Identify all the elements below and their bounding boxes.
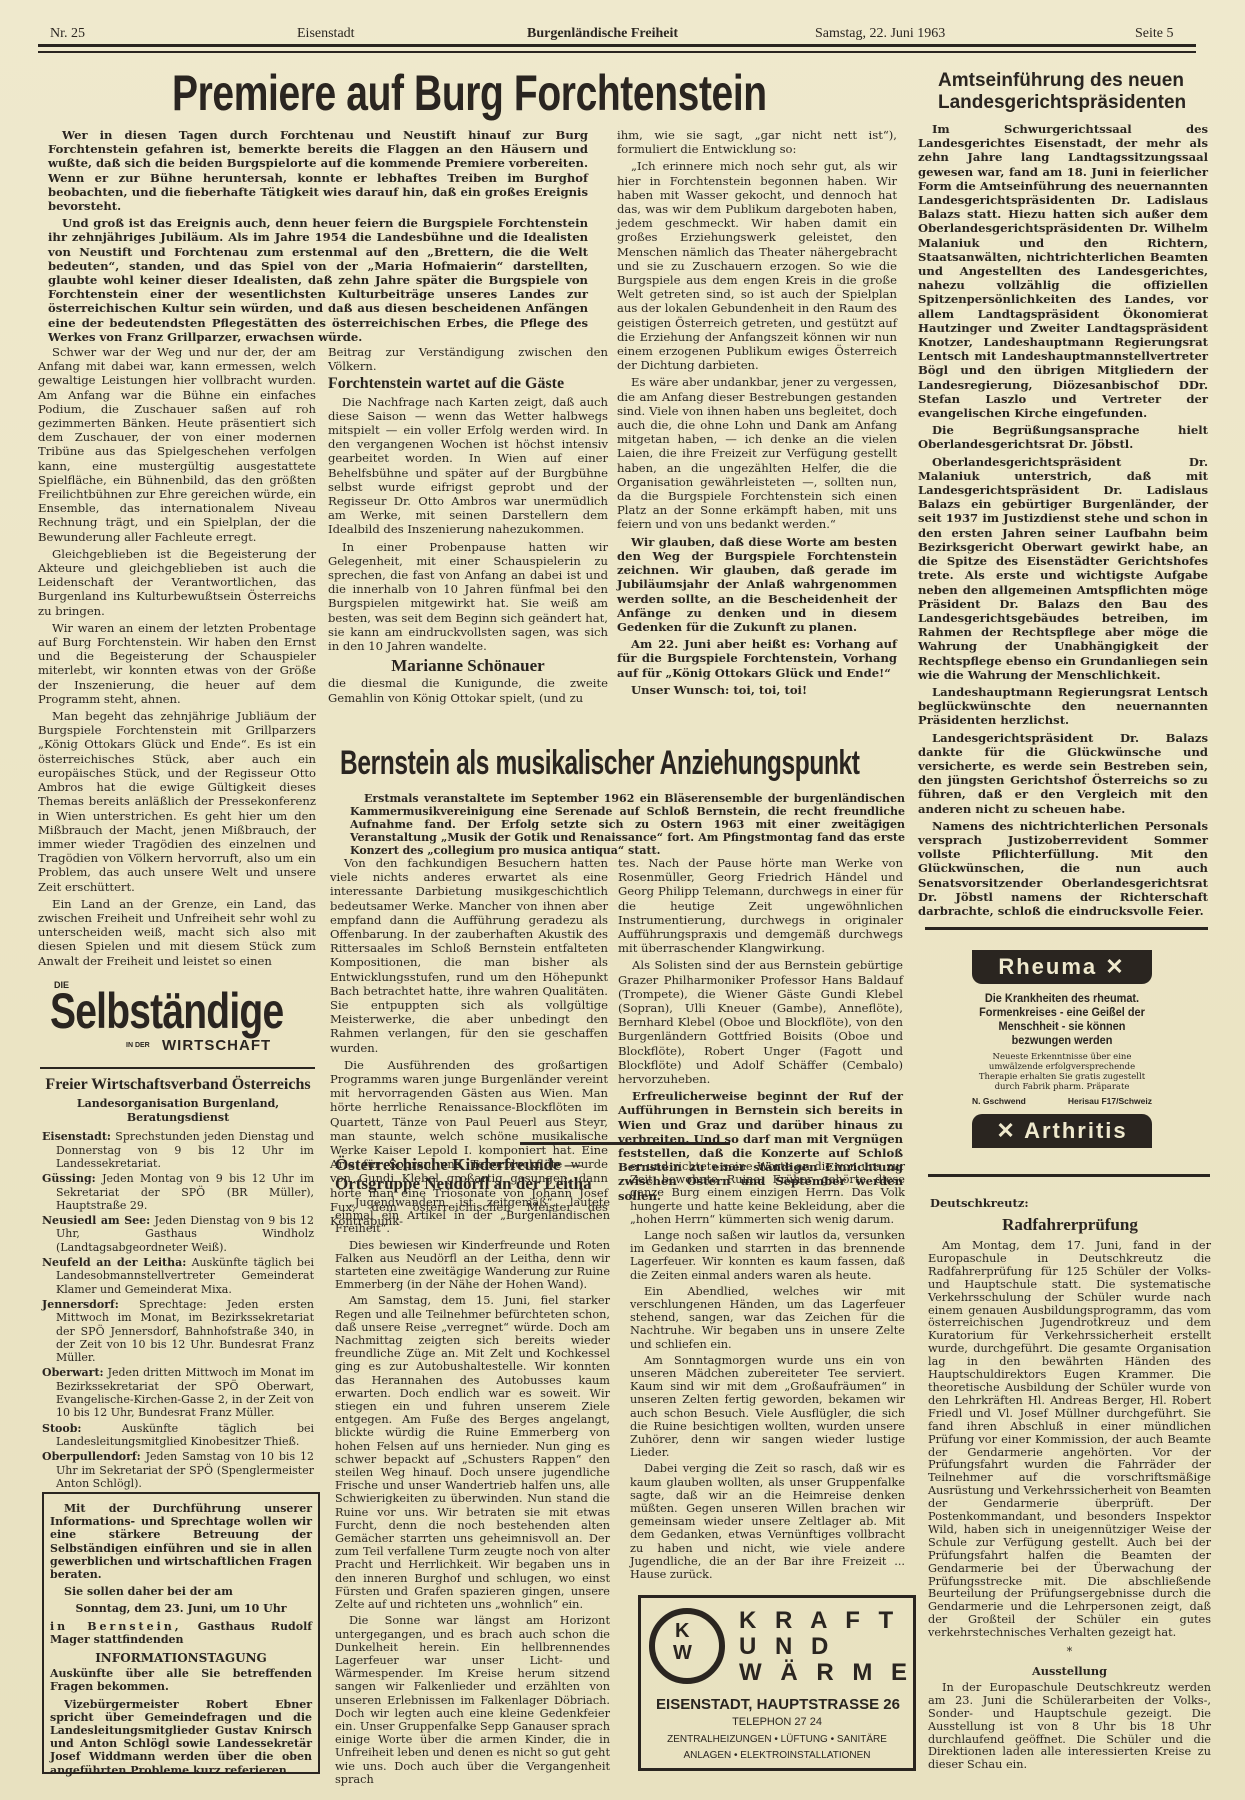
headline-amtseinfuehrung: Amtseinführung des neuen Landesgerichtsp…: [938, 70, 1198, 114]
paragraph: er und richtete seine Worte an die von u…: [630, 1160, 905, 1226]
paragraph: Oberlandesgerichtspräsident Dr. Malaniuk…: [918, 455, 1208, 682]
premiere-lead: Wer in diesen Tagen durch Forchtenau und…: [48, 128, 588, 347]
paragraph: Am Samstag, dem 15. Juni, fiel starker R…: [335, 1294, 610, 1611]
ad-address: EISENSTADT, HAUPTSTRASSE 26: [649, 1696, 907, 1713]
wordmark-line: U N D: [739, 1634, 913, 1660]
directory-entry: Eisenstadt: Sprechstunden jeden Dienstag…: [42, 1130, 314, 1170]
logo-text: IN DER: [126, 1042, 150, 1049]
section-title: Freier Wirtschaftsverband Österreichs: [42, 1076, 314, 1094]
ad-footer: N. Gschwend Herisau F17/Schweiz: [972, 1096, 1152, 1106]
wordmark-line: K R A F T: [739, 1608, 913, 1634]
paragraph: Landesgerichtspräsident Dr. Balazs dankt…: [918, 731, 1208, 816]
paragraph: Lange noch saßen wir lautlos da, versunk…: [630, 1229, 905, 1282]
paragraph: Beitrag zur Verständigung zwischen den V…: [328, 345, 608, 373]
ad-headline: Die Krankheiten des rheumat. Formenkreis…: [977, 992, 1148, 1048]
ad-services: ZENTRALHEIZUNGEN • LÜFTUNG • SANITÄRE: [641, 1734, 913, 1745]
paragraph: Am 22. Juni aber heißt es: Vorhang auf f…: [617, 637, 897, 680]
headline-kinderfreunde: Österreichische Kinderfreunde — Ortsgrup…: [335, 1155, 610, 1193]
directory-entry: Jennersdorf: Sprechtage: Jeden ersten Mi…: [42, 1298, 314, 1364]
logo-letter: W: [673, 1642, 692, 1665]
ad-arthritis-banner: ✕ Arthritis: [972, 1114, 1152, 1148]
section-subtitle: Landesorganisation Burgenland, Beratungs…: [42, 1097, 314, 1125]
paragraph: Ein Abendlied, welches wir mit verschlun…: [630, 1285, 905, 1351]
paragraph: Man begeht das zehnjährige Jubliäum der …: [38, 709, 316, 894]
paragraph: die diesmal die Kunigunde, die zweite Ge…: [328, 676, 608, 704]
divider: [928, 1174, 1210, 1177]
wordmark-line: W Ä R M E: [739, 1660, 913, 1686]
paragraph: Gleichgeblieben ist die Begeisterung der…: [38, 547, 316, 618]
ad-rheuma-banner: Rheuma ✕: [972, 950, 1152, 984]
paragraph: Im Schwurgerichtssaal des Landesgerichte…: [918, 122, 1208, 420]
headline-premiere: Premiere auf Burg Forchtenstein: [172, 64, 767, 122]
paragraph: Die Nachfrage nach Karten zeigt, daß auc…: [328, 395, 608, 537]
selbstaendige-logo: DIE Selbständige IN DER WIRTSCHAFT: [42, 980, 312, 1060]
paragraph: Mit der Durchführung unserer Information…: [50, 1502, 312, 1581]
paragraph: Wir glauben, daß diese Worte am besten d…: [617, 535, 897, 634]
newspaper-page: Nr. 25 Eisenstadt Burgenländische Freihe…: [0, 0, 1245, 1800]
city: Eisenstadt: [297, 26, 355, 42]
informationstagung-box: Mit der Durchführung unserer Information…: [42, 1492, 320, 1774]
paragraph: ihm, wie sie sagt, „gar nicht nett ist“)…: [617, 128, 897, 156]
headline-line: Landesgerichtspräsidenten: [938, 92, 1198, 114]
event-date: Sonntag, dem 23. Juni, um 10 Uhr: [50, 1602, 312, 1615]
paragraph: Die Begrüßungsansprache hielt Oberlandes…: [918, 423, 1208, 451]
directory-entry: Neusiedl am See: Jeden Dienstag von 9 bi…: [42, 1214, 314, 1254]
paper-name: Burgenländische Freiheit: [527, 26, 678, 42]
directory-entry: Oberpullendorf: Jeden Samstag von 10 bis…: [42, 1450, 314, 1490]
directory-entry: Oberwart: Jeden dritten Mittwoch im Mona…: [42, 1366, 314, 1419]
bernstein-column-2: tes. Nach der Pause hörte man Werke von …: [618, 856, 903, 1206]
paragraph: Am Montag, dem 17. Juni, fand in der Eur…: [928, 1240, 1211, 1640]
consultation-directory: Eisenstadt: Sprechstunden jeden Dienstag…: [42, 1130, 314, 1490]
logo-text: WIRTSCHAFT: [162, 1037, 271, 1054]
lead-paragraph: Wer in diesen Tagen durch Forchtenau und…: [48, 128, 588, 213]
lead-paragraph: Erstmals veranstaltete im September 1962…: [350, 792, 905, 857]
divider: [40, 1067, 315, 1069]
headline-line: Ortsgruppe Neudörfl an der Leitha: [335, 1174, 610, 1193]
event-heading: INFORMATIONSTAGUNG: [50, 1652, 312, 1665]
headline-line: Amtseinführung des neuen: [938, 70, 1198, 92]
ad-body: Neueste Erkenntnisse über eine umwälzend…: [972, 1052, 1152, 1092]
paragraph: Dabei verging die Zeit so rasch, daß wir…: [630, 1462, 905, 1581]
issue-number: Nr. 25: [50, 26, 85, 42]
paragraph: Wir waren an einem der letzten Probentag…: [38, 621, 316, 706]
logo-text: Selbständige: [50, 984, 283, 1038]
directory-entry: Neufeld an der Leitha: Auskünfte täglich…: [42, 1256, 314, 1296]
paragraph: tes. Nach der Pause hörte man Werke von …: [618, 856, 903, 955]
headline-line: Österreichische Kinderfreunde —: [335, 1155, 610, 1174]
bernstein-lead: Erstmals veranstaltete im September 1962…: [350, 792, 905, 860]
paragraph: Schwer war der Weg und nur der, der am A…: [38, 345, 316, 544]
masthead-rule: [38, 44, 1196, 53]
page-number: Seite 5: [1135, 26, 1174, 42]
paragraph: In der Europaschule Deutschkreutz werden…: [928, 1682, 1211, 1772]
paragraph: „Ich erinnere mich noch sehr gut, als wi…: [617, 159, 897, 372]
ad-kraft-und-waerme: K W K R A F T U N D W Ä R M E EISENSTADT…: [638, 1595, 916, 1771]
paragraph: Auskünfte über alle Sie betreffenden Fra…: [50, 1667, 312, 1693]
ad-company: N. Gschwend: [972, 1096, 1026, 1106]
premiere-column-3: ihm, wie sie sagt, „gar nicht nett ist“)…: [617, 128, 897, 700]
separator-asterisk: *: [928, 1646, 1211, 1659]
paragraph: Dies bewiesen wir Kinderfreunde und Rote…: [335, 1239, 610, 1292]
headline-bernstein: Bernstein als musikalischer Anziehungspu…: [340, 744, 860, 783]
subheading-gaeste: Forchtenstein wartet auf die Gäste: [328, 377, 608, 391]
dateline: Deutschkreutz:: [930, 1196, 1029, 1210]
paragraph: „Jugendwandern ist zeitgemäß“, lautete e…: [335, 1196, 610, 1236]
subheading-ausstellung: Ausstellung: [928, 1665, 1211, 1678]
ad-phone: TELEPHON 27 24: [641, 1716, 913, 1728]
headline-radfahrerpruefung: Radfahrerprüfung: [930, 1215, 1210, 1235]
event-place: in Bernstein,: [50, 1620, 182, 1633]
paragraph: In einer Probenpause hatten wir Gelegenh…: [328, 540, 608, 654]
paragraph: Unser Wunsch: toi, toi, toi!: [617, 683, 897, 697]
paragraph: Es wäre aber undankbar, jener zu vergess…: [617, 375, 897, 531]
paragraph: Namens des nichtrichterlichen Personals …: [918, 819, 1208, 918]
lead-paragraph: Und groß ist das Ereignis auch, denn heu…: [48, 216, 588, 344]
premiere-column-1: Schwer war der Weg und nur der, der am A…: [38, 345, 316, 971]
kinderfreunde-column-1: „Jugendwandern ist zeitgemäß“, lautete e…: [335, 1196, 610, 1789]
paragraph: Landeshauptmann Regierungsrat Lentsch be…: [918, 685, 1208, 728]
paragraph: Ein Land an der Grenze, ein Land, das zw…: [38, 897, 316, 968]
amtseinfuehrung-body: Im Schwurgerichtssaal des Landesgerichte…: [918, 122, 1208, 921]
ad-services: ANLAGEN • ELEKTROINSTALLATIONEN: [641, 1750, 913, 1761]
paragraph: Am Sonntagmorgen wurde uns ein von unser…: [630, 1354, 905, 1460]
ad-rheuma: Rheuma ✕ Die Krankheiten des rheumat. Fo…: [972, 950, 1152, 1148]
ad-wordmark: K R A F T U N D W Ä R M E: [739, 1608, 913, 1686]
kinderfreunde-column-2: er und richtete seine Worte an die von u…: [630, 1160, 905, 1584]
divider: [925, 927, 1208, 930]
deutschkreutz-body: Am Montag, dem 17. Juni, fand in der Eur…: [928, 1240, 1211, 1775]
paragraph: Als Solisten sind der aus Bernstein gebü…: [618, 958, 903, 1086]
divider: [520, 1142, 730, 1145]
wirtschaftsverband: Freier Wirtschaftsverband Österreichs La…: [42, 1076, 314, 1492]
subheading-schoenauer: Marianne Schönauer: [328, 659, 608, 673]
ad-location: Herisau F17/Schweiz: [1068, 1096, 1152, 1106]
logo-letter: K: [675, 1620, 689, 1643]
directory-entry: Güssing: Jeden Montag von 9 bis 12 Uhr i…: [42, 1172, 314, 1212]
premiere-column-2: Beitrag zur Verständigung zwischen den V…: [328, 345, 608, 708]
directory-entry: Stoob: Auskünfte täglich bei Landesleitu…: [42, 1422, 314, 1449]
paragraph: Vizebürgermeister Robert Ebner spricht ü…: [50, 1698, 312, 1777]
kw-logo-icon: K W: [649, 1608, 725, 1684]
paragraph: Von den fachkundigen Besuchern hatten vi…: [330, 856, 608, 1055]
issue-date: Samstag, 22. Juni 1963: [815, 26, 945, 42]
paragraph: Die Sonne war längst am Horizont unterge…: [335, 1614, 610, 1786]
paragraph: Sie sollen daher bei der am: [50, 1585, 312, 1598]
